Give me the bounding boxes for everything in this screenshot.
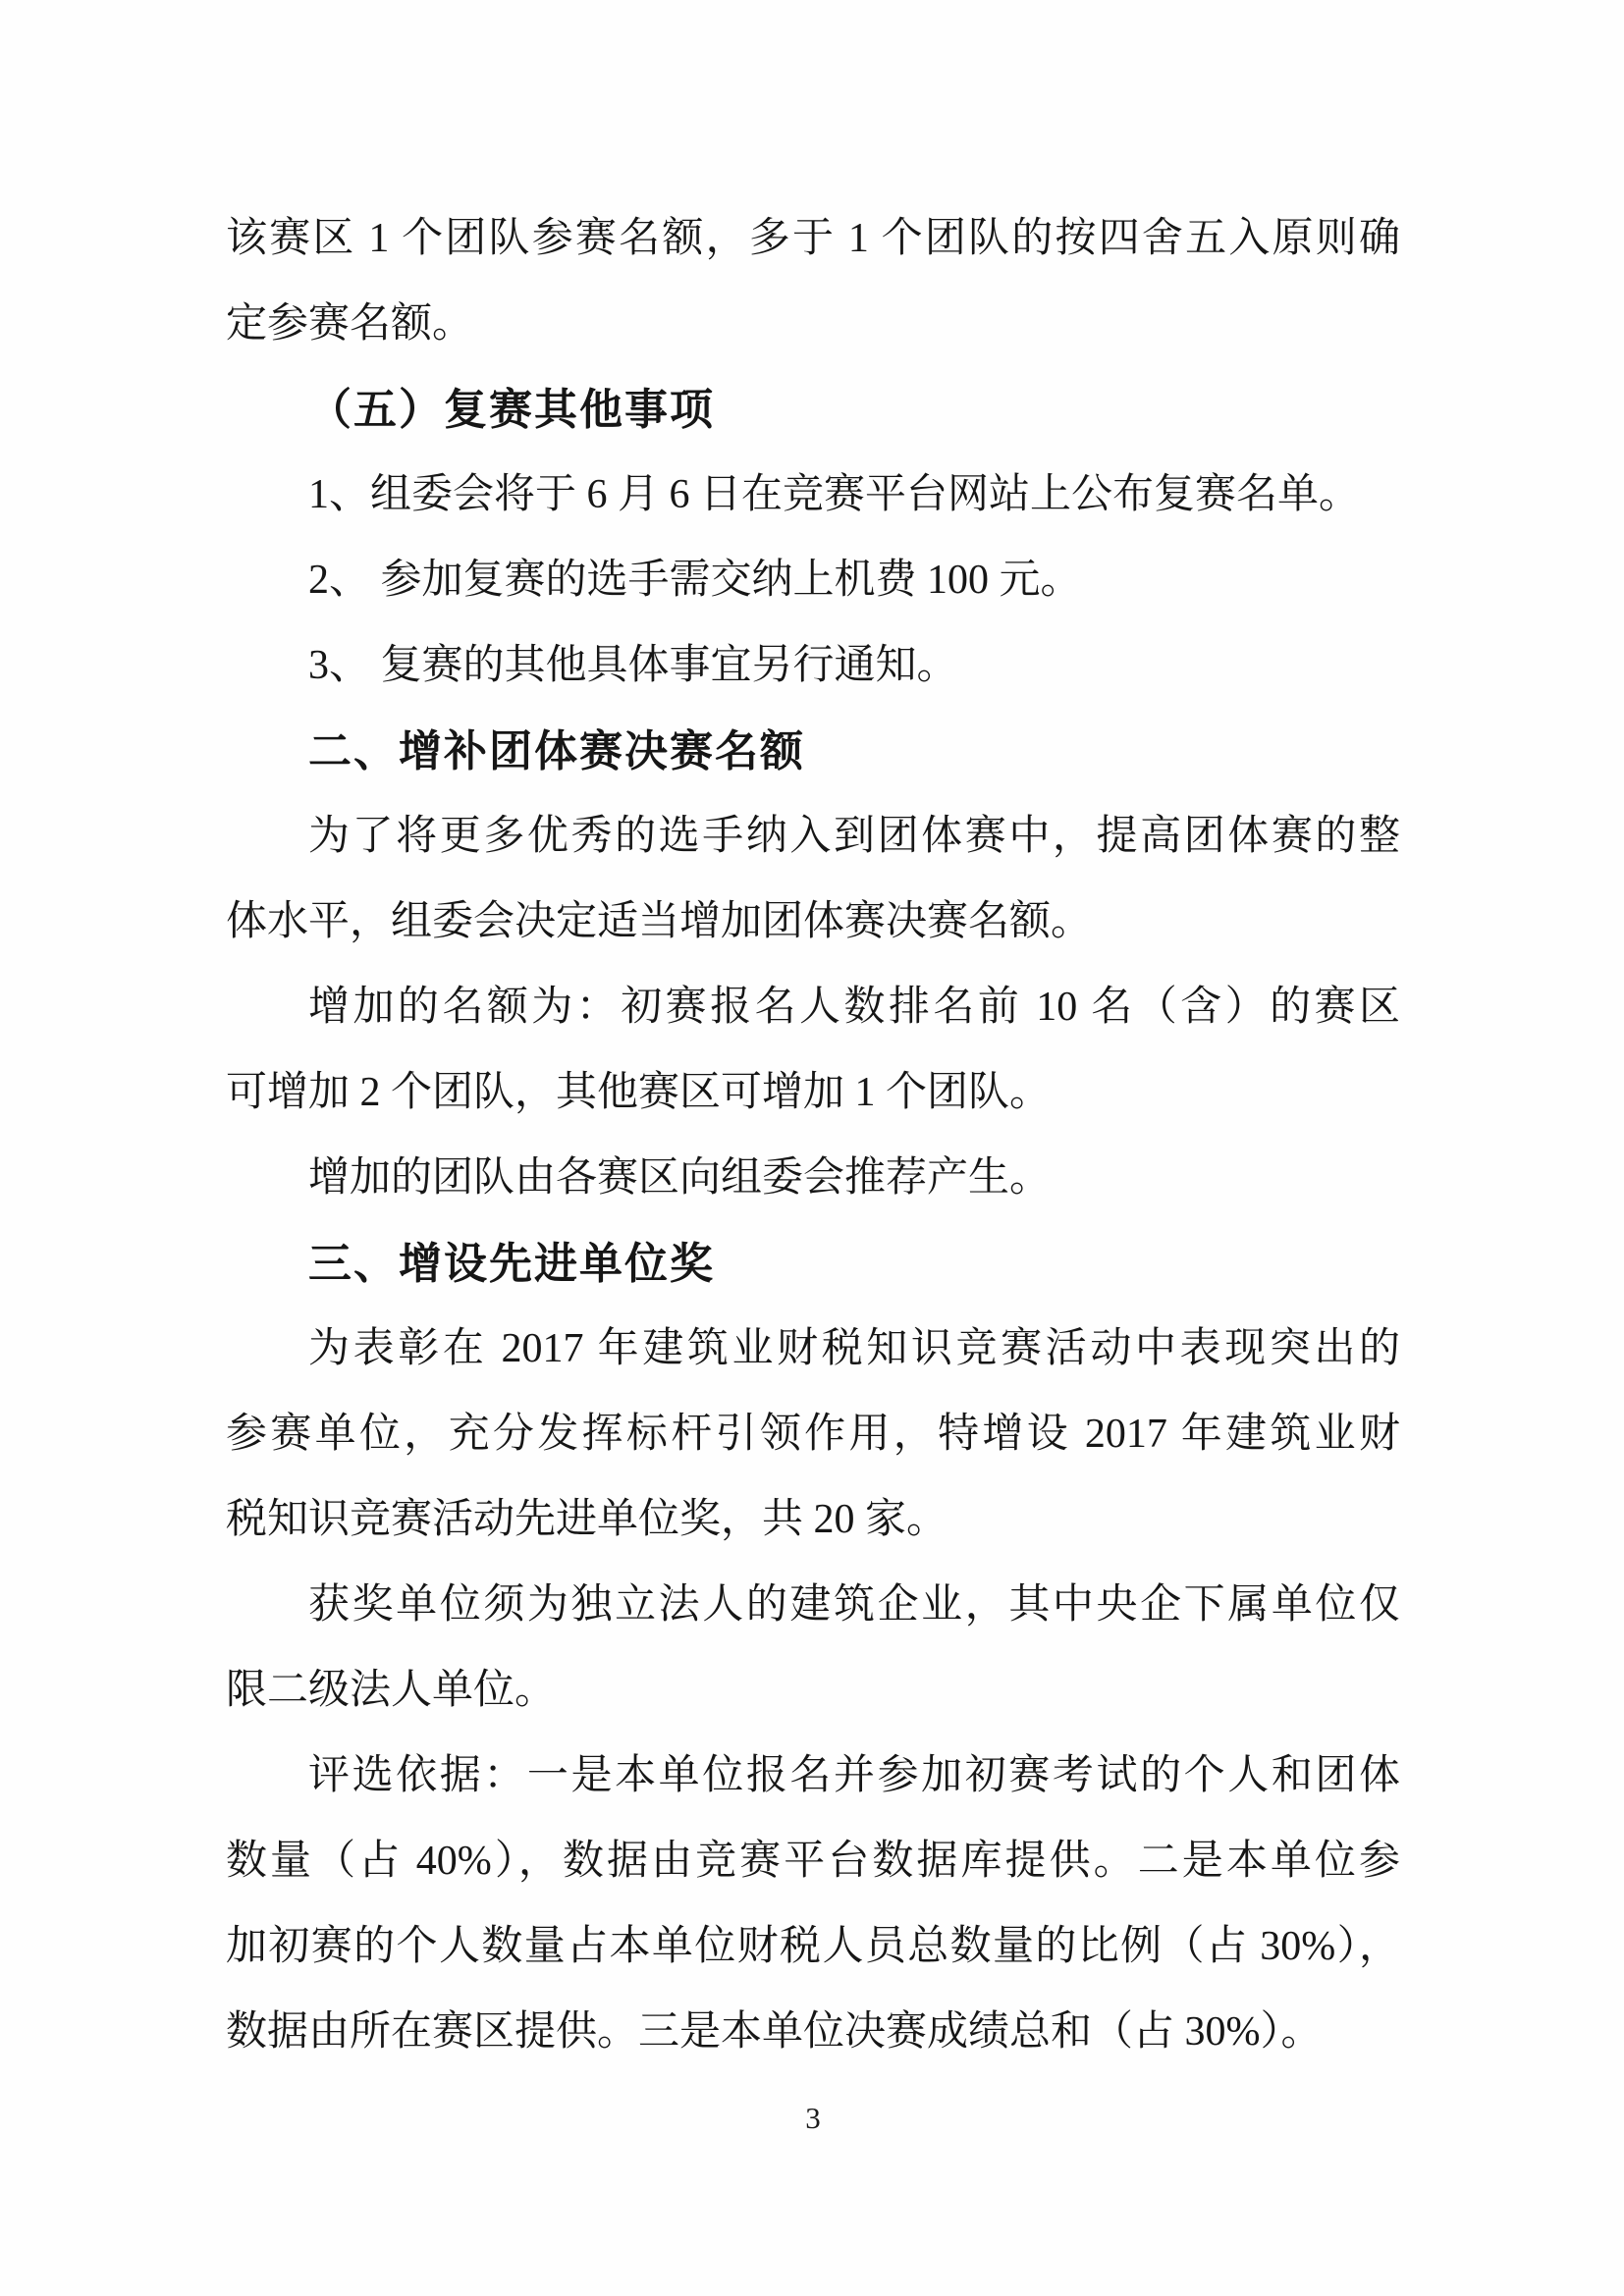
text-line: 1、组委会将于 6 月 6 日在竞赛平台网站上公布复赛名单。 xyxy=(226,453,1400,538)
text-line: 该赛区 1 个团队参赛名额，多于 1 个团队的按四舍五入原则确 xyxy=(226,196,1400,282)
document-page: 该赛区 1 个团队参赛名额，多于 1 个团队的按四舍五入原则确定参赛名额。（五）… xyxy=(0,0,1624,2296)
section-heading: 三、增设先进单位奖 xyxy=(226,1221,1400,1307)
paragraph: 获奖单位须为独立法人的建筑企业，其中央企下属单位仅限二级法人单位。 xyxy=(226,1563,1400,1734)
text-line: 可增加 2 个团队，其他赛区可增加 1 个团队。 xyxy=(226,1050,1400,1136)
section-heading: 二、增补团体赛决赛名额 xyxy=(226,709,1400,794)
text-line: 二、增补团体赛决赛名额 xyxy=(226,709,1400,794)
text-line: 参赛单位，充分发挥标杆引领作用，特增设 2017 年建筑业财 xyxy=(226,1392,1400,1477)
text-line: 定参赛名额。 xyxy=(226,282,1400,367)
text-line: 3、 复赛的其他具体事宜另行通知。 xyxy=(226,623,1400,709)
text-line: 为了将更多优秀的选手纳入到团体赛中，提高团体赛的整 xyxy=(226,794,1400,880)
text-line: 增加的名额为：初赛报名人数排名前 10 名（含）的赛区 xyxy=(226,965,1400,1050)
paragraph: 3、 复赛的其他具体事宜另行通知。 xyxy=(226,623,1400,709)
text-line: 数据由所在赛区提供。三是本单位决赛成绩总和（占 30%）。 xyxy=(226,1990,1400,2075)
paragraph: 2、 参加复赛的选手需交纳上机费 100 元。 xyxy=(226,538,1400,623)
paragraph: 增加的团队由各赛区向组委会推荐产生。 xyxy=(226,1136,1400,1221)
text-line: 增加的团队由各赛区向组委会推荐产生。 xyxy=(226,1136,1400,1221)
paragraph: 为了将更多优秀的选手纳入到团体赛中，提高团体赛的整体水平，组委会决定适当增加团体… xyxy=(226,794,1400,965)
text-line: 加初赛的个人数量占本单位财税人员总数量的比例（占 30%）， xyxy=(226,1904,1400,1990)
section-heading: （五）复赛其他事项 xyxy=(226,367,1400,453)
text-line: 限二级法人单位。 xyxy=(226,1648,1400,1734)
text-line: 为表彰在 2017 年建筑业财税知识竞赛活动中表现突出的 xyxy=(226,1307,1400,1392)
text-line: （五）复赛其他事项 xyxy=(226,367,1400,453)
text-line: 税知识竞赛活动先进单位奖，共 20 家。 xyxy=(226,1477,1400,1563)
text-line: 体水平，组委会决定适当增加团体赛决赛名额。 xyxy=(226,880,1400,965)
paragraph: 增加的名额为：初赛报名人数排名前 10 名（含）的赛区可增加 2 个团队，其他赛… xyxy=(226,965,1400,1136)
paragraph: 1、组委会将于 6 月 6 日在竞赛平台网站上公布复赛名单。 xyxy=(226,453,1400,538)
text-line: 2、 参加复赛的选手需交纳上机费 100 元。 xyxy=(226,538,1400,623)
page-footer: 3 xyxy=(226,2075,1400,2161)
text-line: 三、增设先进单位奖 xyxy=(226,1221,1400,1307)
paragraph: 为表彰在 2017 年建筑业财税知识竞赛活动中表现突出的参赛单位，充分发挥标杆引… xyxy=(226,1307,1400,1563)
paragraph: 该赛区 1 个团队参赛名额，多于 1 个团队的按四舍五入原则确定参赛名额。 xyxy=(226,196,1400,367)
text-line: 获奖单位须为独立法人的建筑企业，其中央企下属单位仅 xyxy=(226,1563,1400,1648)
page-number: 3 xyxy=(805,2101,821,2135)
text-line: 数量（占 40%），数据由竞赛平台数据库提供。二是本单位参 xyxy=(226,1819,1400,1904)
document-body: 该赛区 1 个团队参赛名额，多于 1 个团队的按四舍五入原则确定参赛名额。（五）… xyxy=(226,196,1400,2075)
text-line: 评选依据：一是本单位报名并参加初赛考试的个人和团体 xyxy=(226,1734,1400,1819)
paragraph: 评选依据：一是本单位报名并参加初赛考试的个人和团体数量（占 40%），数据由竞赛… xyxy=(226,1734,1400,2075)
